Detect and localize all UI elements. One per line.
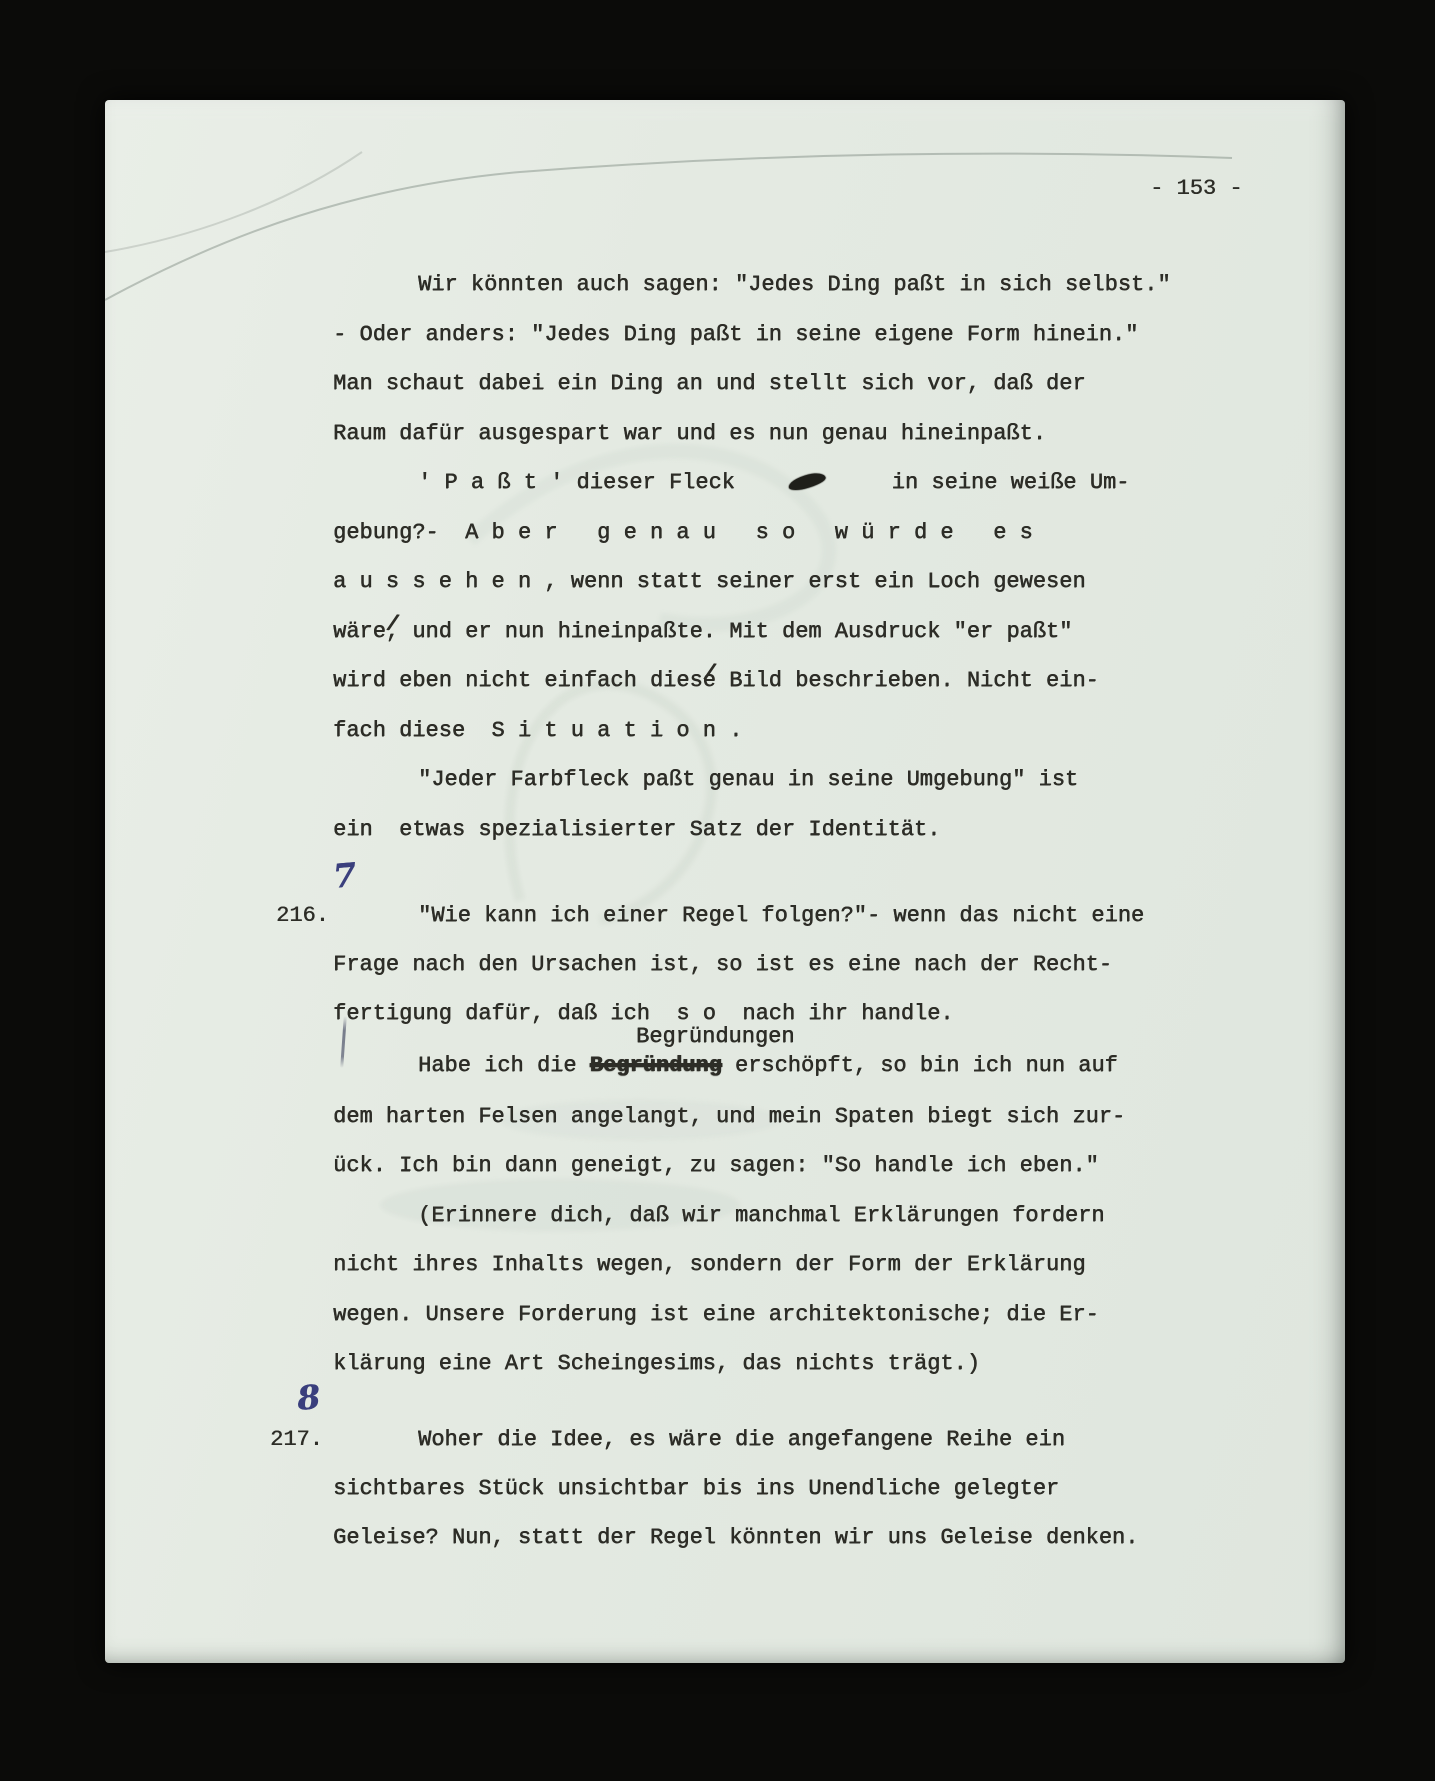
text-segment: Woher die Idee, es wäre die angefangene …: [418, 1427, 1065, 1452]
text-line: fach diese S i t u a t i o n .: [333, 718, 742, 744]
text-segment: Wir könnten auch sagen: "Jedes Ding paßt…: [418, 272, 1171, 297]
text-segment: in seine weiße Um-: [826, 470, 1130, 495]
text-segment: fertigung dafür, daß ich s o nach ihr ha…: [333, 1001, 954, 1026]
text-line: sichtbares Stück unsichtbar bis ins Unen…: [333, 1476, 1059, 1502]
text-line: wäre,/ und er nun hineinpaßte. Mit dem A…: [333, 619, 1072, 645]
text-line: gebung?- A b e r g e n a u s o w ü r d e…: [333, 520, 1033, 546]
text-line: Habe ich die Begründung erschöpft, so bi…: [418, 1053, 1118, 1079]
text-segment: Begründungen: [636, 1024, 794, 1049]
text-segment: wegen. Unsere Forderung ist eine archite…: [333, 1302, 1099, 1327]
page-number: - 153 -: [1150, 176, 1242, 201]
text-segment: nicht ihres Inhalts wegen, sondern der F…: [333, 1252, 1086, 1277]
overstruck-character: e/: [703, 668, 716, 694]
overstrike-slash: /: [701, 660, 717, 687]
text-line: ein etwas spezialisierter Satz der Ident…: [333, 817, 940, 843]
text-line: wegen. Unsere Forderung ist eine archite…: [333, 1302, 1099, 1328]
text-segment: Habe ich die: [418, 1053, 590, 1078]
text-line: a u s s e h e n , wenn statt seiner erst…: [333, 569, 1086, 595]
ink-blot: [787, 471, 827, 493]
text-segment: "Wie kann ich einer Regel folgen?"- wenn…: [418, 903, 1144, 928]
text-segment: ein etwas spezialisierter Satz der Ident…: [333, 817, 940, 842]
handwritten-correction-digit: 7: [331, 855, 357, 896]
text-segment: a u s s e h e n , wenn statt seiner erst…: [333, 569, 1086, 594]
section-number-216: 216.7: [276, 903, 329, 928]
typed-section-number: 217.: [270, 1427, 323, 1452]
text-segment: ' P a ß t ' dieser Fleck: [418, 470, 788, 495]
text-line: Woher die Idee, es wäre die angefangene …: [418, 1427, 1065, 1453]
text-line: (Erinnere dich, daß wir manchmal Erkläru…: [418, 1203, 1105, 1229]
text-segment: Geleise? Nun, statt der Regel könnten wi…: [333, 1525, 1138, 1550]
text-line: Raum dafür ausgespart war und es nun gen…: [333, 421, 1046, 447]
text-line: nicht ihres Inhalts wegen, sondern der F…: [333, 1252, 1086, 1278]
text-line: wird eben nicht einfach diese/ Bild besc…: [333, 668, 1099, 694]
struck-word: Begründung: [590, 1053, 722, 1078]
text-line: Frage nach den Ursachen ist, so ist es e…: [333, 952, 1112, 978]
text-segment: (Erinnere dich, daß wir manchmal Erkläru…: [418, 1203, 1105, 1228]
text-line: "Wie kann ich einer Regel folgen?"- wenn…: [418, 903, 1144, 929]
handwritten-correction-digit: 8: [295, 1377, 321, 1418]
typed-section-number: 216.: [276, 903, 329, 928]
text-segment: fach diese S i t u a t i o n .: [333, 718, 742, 743]
typescript-body: - 153 - Wir könnten auch sagen: "Jedes D…: [0, 0, 1435, 1781]
text-line: Man schaut dabei ein Ding an und stellt …: [333, 371, 1086, 397]
text-line: ' P a ß t ' dieser Fleck in seine weiße …: [418, 470, 1129, 496]
section-number-217: 217.8: [270, 1427, 323, 1452]
text-segment: wird eben nicht einfach dies: [333, 668, 703, 693]
text-segment: klärung eine Art Scheingesims, das nicht…: [333, 1351, 980, 1376]
text-segment: dem harten Felsen angelangt, und mein Sp…: [333, 1104, 1125, 1129]
text-segment: gebung?- A b e r g e n a u s o w ü r d e…: [333, 520, 1033, 545]
text-segment: erschöpft, so bin ich nun auf: [722, 1053, 1118, 1078]
text-segment: - Oder anders: "Jedes Ding paßt in seine…: [333, 322, 1138, 347]
text-line: dem harten Felsen angelangt, und mein Sp…: [333, 1104, 1125, 1130]
photograph-background: { "meta": { "background_color": "#0b0b09…: [0, 0, 1435, 1781]
text-segment: Bild beschrieben. Nicht ein-: [716, 668, 1099, 693]
typed-insertion-begruendungen: Begründungen: [636, 1024, 794, 1050]
overstruck-character: ,/: [386, 619, 399, 645]
text-segment: "Jeder Farbfleck paßt genau in seine Umg…: [418, 767, 1078, 792]
text-segment: Frage nach den Ursachen ist, so ist es e…: [333, 952, 1112, 977]
text-line: - Oder anders: "Jedes Ding paßt in seine…: [333, 322, 1138, 348]
text-segment: und er nun hineinpaßte. Mit dem Ausdruck…: [399, 619, 1072, 644]
text-line: "Jeder Farbfleck paßt genau in seine Umg…: [418, 767, 1078, 793]
text-segment: sichtbares Stück unsichtbar bis ins Unen…: [333, 1476, 1059, 1501]
text-line: ück. Ich bin dann geneigt, zu sagen: "So…: [333, 1153, 1099, 1179]
text-line: klärung eine Art Scheingesims, das nicht…: [333, 1351, 980, 1377]
text-segment: ück. Ich bin dann geneigt, zu sagen: "So…: [333, 1153, 1099, 1178]
text-line: Geleise? Nun, statt der Regel könnten wi…: [333, 1525, 1138, 1551]
text-segment: wäre: [333, 619, 386, 644]
text-segment: Man schaut dabei ein Ding an und stellt …: [333, 371, 1086, 396]
text-line: Wir könnten auch sagen: "Jedes Ding paßt…: [418, 272, 1171, 298]
text-segment: Raum dafür ausgespart war und es nun gen…: [333, 421, 1046, 446]
overstrike-slash: /: [384, 611, 400, 638]
